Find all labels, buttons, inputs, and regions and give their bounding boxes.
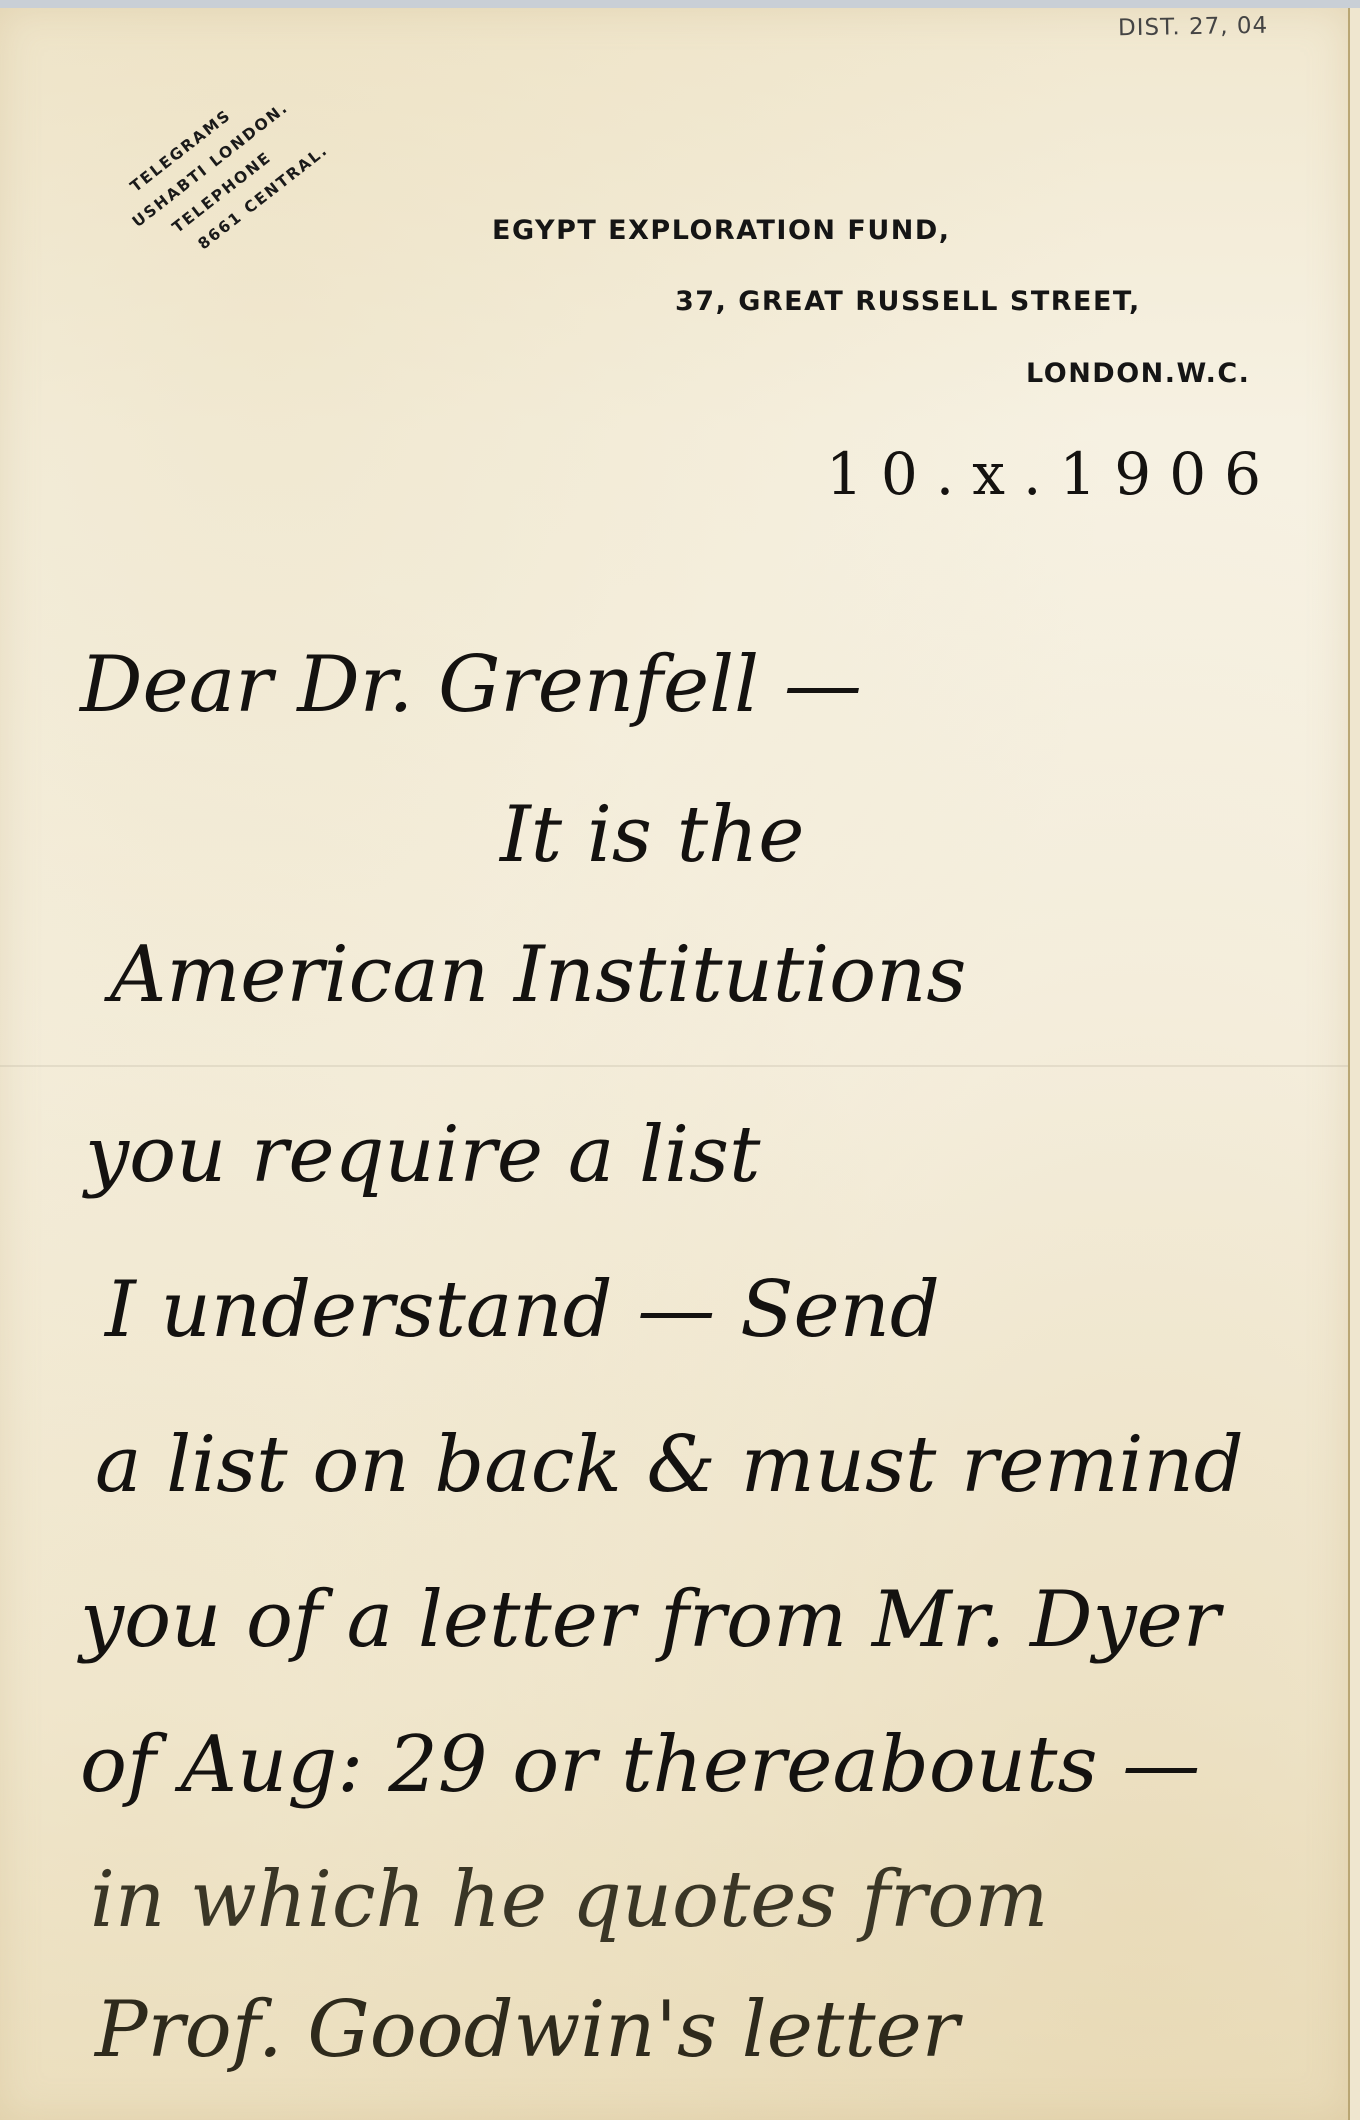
body-line: of Aug: 29 or thereabouts — xyxy=(80,1720,1200,1810)
body-line: you of a letter from Mr. Dyer xyxy=(80,1575,1220,1665)
letterhead-organization: EGYPT EXPLORATION FUND, xyxy=(492,215,951,246)
body-line: a list on back & must remind xyxy=(95,1420,1244,1510)
body-line: you require a list xyxy=(85,1110,760,1200)
body-line: in which he quotes from xyxy=(90,1855,1048,1945)
letterhead-city: LONDON.W.C. xyxy=(1026,358,1250,389)
paper-fold xyxy=(0,1065,1348,1067)
body-line: I understand — Send xyxy=(105,1265,940,1355)
body-line: American Institutions xyxy=(110,930,966,1020)
letter-date: 10.x.1906 xyxy=(826,440,1279,508)
salutation: Dear Dr. Grenfell — xyxy=(80,640,862,730)
body-line: Prof. Goodwin's letter xyxy=(95,1985,959,2075)
body-line: It is the xyxy=(500,790,804,880)
letterhead-street: 37, GREAT RUSSELL STREET, xyxy=(675,286,1141,317)
page-edge xyxy=(1350,8,1360,2120)
archive-note: DIST. 27, 04 xyxy=(1118,13,1269,42)
